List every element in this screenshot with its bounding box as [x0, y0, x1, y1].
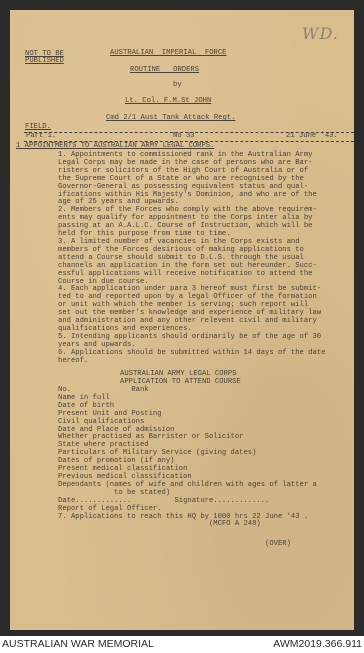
- paragraph-line: hereof.: [58, 358, 350, 366]
- scan-background: NOT TO BE PUBLISHED WD. AUSTRALIAN IMPER…: [0, 0, 364, 636]
- by-line: by: [173, 82, 182, 90]
- handwritten-note: WD.: [302, 30, 339, 38]
- application-form-fields: No. Rank Name in full Date of birth Pres…: [58, 387, 350, 529]
- institution-caption: AUSTRALIAN WAR MEMORIAL: [2, 638, 154, 650]
- section-heading: 1 APPOINTMENTS TO AUSTRALIAN ARMY LEGAL …: [16, 143, 214, 151]
- over-marker: (OVER): [265, 541, 291, 549]
- form-field: (MCFO A 248): [58, 521, 350, 529]
- document-title: AUSTRALIAN IMPERIAL FORCE: [110, 50, 226, 58]
- document-subtitle: ROUTINE ORDERS: [130, 67, 199, 75]
- order-date: 21 June '43.: [286, 133, 338, 141]
- restriction-line-2: PUBLISHED: [25, 58, 64, 66]
- officer-name: Lt. Col. F.M.St JOHN: [125, 98, 211, 106]
- location: FIELD.: [25, 124, 51, 132]
- accession-number: AWM2019.366.911: [273, 638, 362, 650]
- order-number: No 33: [173, 133, 195, 141]
- part-label: Part 1.: [26, 133, 56, 141]
- order-paragraphs: 1. Appointments to commissioned rank in …: [58, 152, 350, 365]
- command-line: Cmd 2/1 Aust Tank Attack Regt.: [106, 115, 235, 123]
- document-page: NOT TO BE PUBLISHED WD. AUSTRALIAN IMPER…: [10, 10, 354, 630]
- paragraph-line: 6. Applications should be submitted with…: [58, 350, 350, 358]
